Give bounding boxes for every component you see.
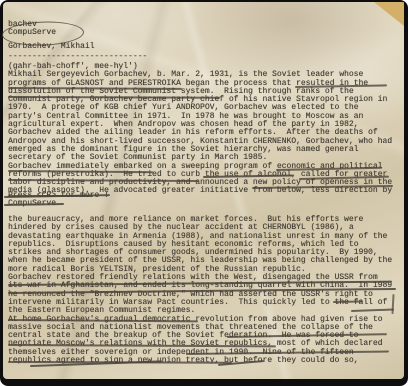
pen-underline-economic-political bbox=[276, 167, 382, 171]
pen-margin-mark bbox=[391, 294, 394, 314]
pen-strike-but-before bbox=[218, 359, 264, 365]
pen-circle-compuserve bbox=[2, 20, 85, 47]
pen-underline-fall-of bbox=[351, 308, 394, 311]
pen-strike-use-of-alcohol bbox=[203, 174, 293, 177]
pen-underline-new-policy-openness bbox=[252, 185, 393, 189]
pen-underline-called-for-greater bbox=[299, 175, 389, 179]
pen-underline-soviet-republics-declared bbox=[186, 350, 389, 354]
pen-underline-glasnost-perestroika bbox=[8, 87, 182, 90]
scanned-document: bachevCompuServe Gorbachev, Mikhail ----… bbox=[0, 0, 408, 386]
pen-underline-eastern-european-regimes bbox=[8, 319, 198, 322]
pen-strike-restored-relations-west bbox=[8, 280, 392, 285]
pen-strike-ended-quarrel-china bbox=[8, 288, 396, 294]
pen-underline-threatened-collapse bbox=[227, 333, 387, 337]
pen-strike-compuserve-footer bbox=[4, 203, 64, 206]
pen-underline-resulted-in-the bbox=[295, 84, 387, 87]
pen-underline-ussrs-right bbox=[333, 300, 363, 302]
pen-underline-gorbachev-immediately bbox=[8, 170, 153, 173]
pen-underline-reforms-perestroika bbox=[8, 179, 198, 182]
pen-underline-dissolution-system bbox=[8, 96, 220, 98]
pen-underline-central-state-federation bbox=[8, 344, 276, 347]
pen-annotation-layer bbox=[0, 0, 408, 386]
